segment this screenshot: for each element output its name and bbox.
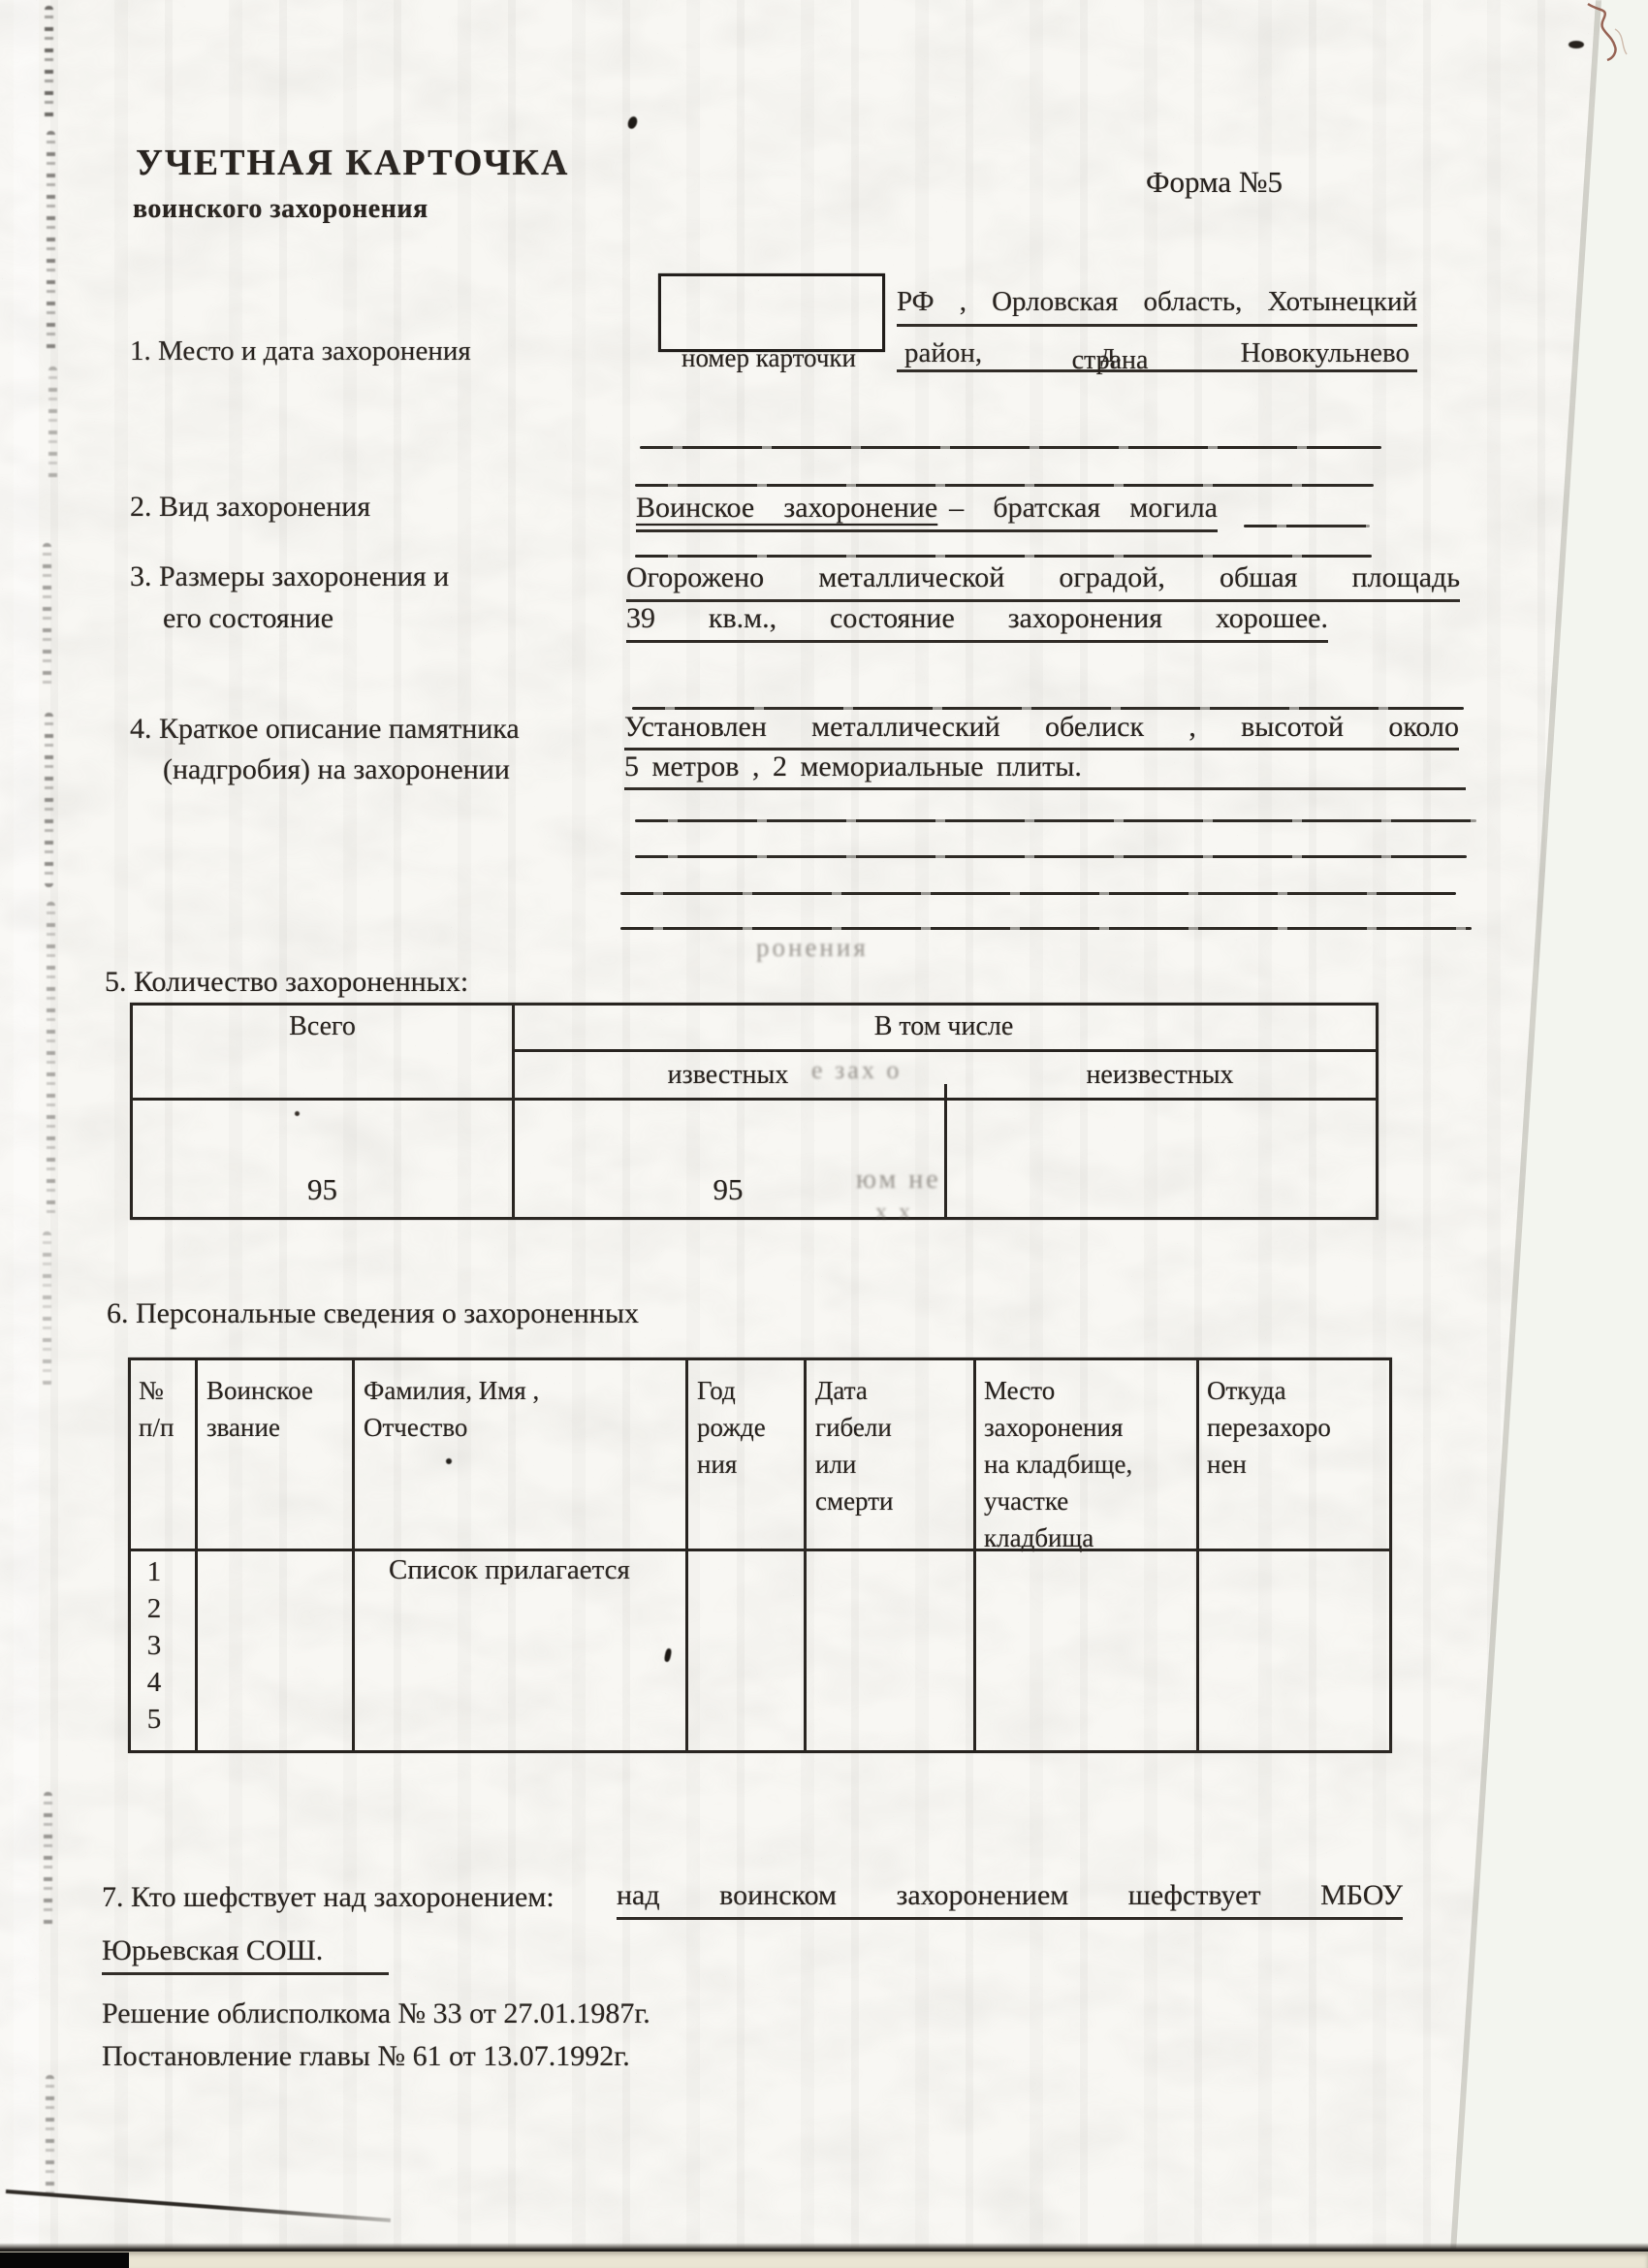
scanned-form-page: УЧЕТНАЯ КАРТОЧКА воинского захоронения Ф… (0, 0, 1648, 2268)
ghost-bleed-text: е зах о (811, 1056, 902, 1085)
left-edge-bleed-marks (45, 713, 53, 887)
stray-diagonal-line (6, 2189, 391, 2222)
section-4-label-line-2: (надгробия) на захоронении (163, 753, 510, 786)
section-7-value-line-1: над воинском захоронением шефствует МБОУ (617, 1873, 1403, 1920)
scan-black-bar (0, 2252, 129, 2268)
section-5-label: 5. Количество захороненных: (105, 966, 468, 999)
country-label: страна (979, 345, 1241, 376)
section-2-label: 2. Вид захоронения (130, 491, 370, 524)
card-number-label: номер карточки (644, 343, 894, 373)
ghost-bleed-text: юм не (856, 1165, 941, 1196)
left-edge-bleed-marks (43, 1231, 51, 1387)
hair-artifact (1557, 0, 1644, 68)
form-number: Форма №5 (1146, 165, 1283, 200)
persons-table-divider (195, 1360, 198, 1750)
persons-header-rank: Воинское звание (206, 1372, 350, 1446)
persons-header-burial-place: Место захоронения на кладбище, участке к… (984, 1372, 1193, 1556)
persons-table-divider (973, 1360, 976, 1750)
persons-header-reburied-from: Откуда перезахоро нен (1207, 1372, 1381, 1483)
location-line-1: РФ , Орловская область, Хотынецкий (897, 279, 1417, 327)
persons-table-divider (1196, 1360, 1199, 1750)
counts-table-header-bottom-line (133, 1098, 1376, 1101)
persons-row-number: 2 (135, 1593, 174, 1625)
location-district: район, (904, 337, 982, 369)
persons-table-divider (352, 1360, 355, 1750)
section-6-label: 6. Персональные сведения о захороненных (107, 1297, 639, 1330)
ink-blot (626, 115, 639, 130)
persons-row-number: 1 (135, 1556, 174, 1588)
section-2-value-rest: – братская могила (937, 492, 1218, 524)
persons-table-header-line (131, 1549, 1389, 1551)
location-settlement: Новокульнево (1241, 337, 1410, 369)
persons-table-divider (685, 1360, 688, 1750)
page-bottom-edge (0, 2243, 1648, 2252)
decision-line: Решение облисполкома № 33 от 27.01.1987г… (102, 1997, 650, 2030)
persons-header-num: № п/п (139, 1372, 193, 1446)
persons-row-number: 3 (135, 1630, 174, 1662)
counts-header-unknown: неизвестных (944, 1060, 1376, 1091)
persons-table: № п/п Воинское звание Фамилия, Имя , Отч… (128, 1358, 1392, 1753)
section-3-value-line-2: 39 кв.м., состояние захоронения хорошее. (626, 597, 1328, 643)
ghost-bleed-text: х х (875, 1199, 913, 1226)
section-2-value: Воинское захоронение– братская могила (636, 487, 1218, 532)
counts-header-including: В том числе (512, 1011, 1376, 1042)
scanner-bed-bottom (0, 2252, 1648, 2268)
section-4-label-line-1: 4. Краткое описание памятника (130, 713, 520, 746)
left-edge-bleed-marks (46, 2075, 54, 2201)
left-edge-bleed-marks (47, 902, 55, 1222)
section-4-value-line-1: Установлен металлический обелиск , высот… (624, 706, 1459, 751)
section-7-label: 7. Кто шефствует над захоронением: (102, 1881, 555, 1914)
section-1-label: 1. Место и дата захоронения (130, 335, 471, 367)
section-4-value-line-2: 5 метров , 2 мемориальные плиты. (624, 747, 1466, 790)
left-edge-bleed-marks (48, 367, 57, 483)
blank-line (635, 855, 1467, 858)
counts-header-total: Всего (133, 1011, 512, 1042)
persons-header-birth-year: Год рожде ния (697, 1372, 800, 1483)
persons-header-death-date: Дата гибели или смерти (815, 1372, 970, 1519)
counts-table-subheader-line (512, 1049, 1376, 1052)
counts-total-value: 95 (133, 1172, 512, 1207)
ghost-bleed-text: ронения (756, 933, 869, 963)
persons-table-divider (804, 1360, 807, 1750)
left-edge-bleed-marks (43, 543, 51, 688)
left-edge-bleed-marks (45, 6, 53, 122)
resolution-line: Постановление главы № 61 от 13.07.1992г. (102, 2040, 630, 2073)
page-subtitle: воинского захоронения (133, 194, 428, 225)
ink-blot (446, 1458, 452, 1464)
counts-table: Всего В том числе известных неизвестных … (130, 1003, 1379, 1220)
persons-note: Список прилагается (389, 1554, 630, 1586)
blank-line-short (1244, 525, 1370, 527)
persons-header-name: Фамилия, Имя , Отчество (364, 1372, 683, 1446)
section-3-label-line-2: его состояние (163, 602, 333, 635)
left-edge-bleed-marks (44, 1792, 52, 1928)
blank-line (635, 819, 1476, 822)
scanner-left-margin (0, 0, 39, 2268)
persons-row-number: 5 (135, 1704, 174, 1736)
section-3-label-line-1: 3. Размеры захоронения и (130, 560, 449, 593)
blank-line (620, 892, 1456, 895)
section-3-value-line-1: Огорожено металлической оградой, обшая п… (626, 557, 1460, 602)
counts-table-partial-divider (944, 1084, 947, 1217)
section-7-value-line-2: Юрьевская СОШ. (102, 1930, 389, 1975)
left-edge-bleed-marks (47, 131, 55, 354)
blank-line (640, 446, 1381, 449)
page-title: УЧЕТНАЯ КАРТОЧКА (136, 142, 569, 184)
card-number-box (658, 273, 885, 352)
persons-row-number: 4 (135, 1667, 174, 1699)
section-2-value-underlined: Воинское захоронение (636, 492, 937, 524)
ink-blot (295, 1111, 300, 1116)
blank-line (620, 927, 1472, 930)
